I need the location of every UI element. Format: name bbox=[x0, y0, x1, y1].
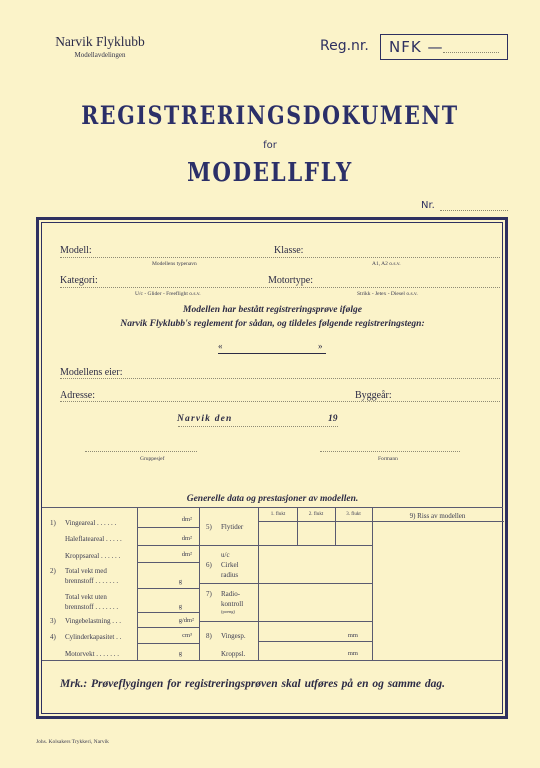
motortype-hint: Strikk - Jetex - Diesel o.s.v. bbox=[357, 291, 418, 297]
row-label-kontroll: kontroll bbox=[221, 600, 243, 608]
kategori-motortype-field[interactable] bbox=[60, 287, 500, 288]
row-label-uc: u/c bbox=[221, 551, 230, 559]
registration-mark-field[interactable] bbox=[218, 353, 326, 354]
gruppesjef-signature-field[interactable] bbox=[85, 451, 197, 452]
row-label-vingeareal: Vingeareal . . . . . . bbox=[65, 519, 116, 527]
kategori-label: Kategori: bbox=[60, 275, 98, 286]
row-label-haleflateareal: Haleflateareal . . . . . bbox=[65, 535, 122, 543]
quote-open: « bbox=[218, 341, 223, 351]
formann-signature-field[interactable] bbox=[320, 451, 460, 452]
row-label-vingespenn: Vingesp. bbox=[221, 632, 246, 640]
byggeaar-label: Byggeår: bbox=[355, 390, 392, 401]
grid-line bbox=[199, 507, 200, 661]
nr-field[interactable] bbox=[440, 210, 508, 211]
date-field[interactable] bbox=[178, 426, 338, 427]
vingespenn-input[interactable] bbox=[259, 622, 372, 641]
cirkel-radius-input[interactable] bbox=[259, 546, 372, 583]
row-num: 7) bbox=[206, 590, 212, 598]
regnr-field[interactable]: NFK — bbox=[380, 34, 508, 60]
vingeareal-input[interactable] bbox=[138, 508, 199, 527]
haleflateareal-input[interactable] bbox=[138, 528, 199, 545]
statement-line-1: Modellen har bestått registreringsprøve … bbox=[42, 305, 503, 315]
year-prefix: 19 bbox=[328, 414, 338, 424]
row-label-poeng: (poeng) bbox=[221, 609, 235, 614]
row-num: 8) bbox=[206, 632, 212, 640]
gruppesjef-label: Gruppesjef bbox=[140, 456, 164, 462]
motorvekt-input[interactable] bbox=[138, 644, 199, 661]
row-label-flytider: Flytider bbox=[221, 523, 243, 531]
quote-close: » bbox=[318, 341, 323, 351]
regnr-label: Reg.nr. bbox=[320, 38, 369, 54]
flight-header-1: 1. flukt bbox=[259, 512, 297, 517]
modell-hint: Modellens typenavn bbox=[152, 261, 197, 267]
row-label-radius: radius bbox=[221, 571, 238, 579]
total-vekt-uten-input[interactable] bbox=[138, 589, 199, 612]
row-num: 1) bbox=[50, 519, 56, 527]
row-label-total-vekt-med: Total vekt med bbox=[65, 567, 107, 575]
flight-header-3: 3. flukt bbox=[335, 512, 372, 517]
cylinderkapasitet-input[interactable] bbox=[138, 628, 199, 643]
regnr-prefix: NFK — bbox=[389, 38, 443, 56]
kategori-hint: U/c - Glider - Freeflight o.s.v. bbox=[135, 291, 201, 297]
club-header: Narvik Flyklubb Modellavdelingen bbox=[40, 34, 160, 59]
row-label-total-vekt-uten: Total vekt uten bbox=[65, 593, 107, 601]
flight-1-input[interactable] bbox=[259, 522, 297, 545]
title-for: for bbox=[0, 140, 540, 151]
row-num: 6) bbox=[206, 561, 212, 569]
kroppsareal-input[interactable] bbox=[138, 546, 199, 562]
eier-label: Modellens eier: bbox=[60, 367, 122, 378]
row-label-brennstoff: brennstoff . . . . . . . bbox=[65, 577, 118, 585]
formann-label: Formann bbox=[378, 456, 398, 462]
eier-field[interactable] bbox=[60, 378, 500, 379]
regnr-dotline bbox=[443, 52, 499, 53]
statement-line-2: Narvik Flyklubb's reglement for sådan, o… bbox=[42, 319, 503, 329]
document-subtitle: MODELLFLY bbox=[49, 158, 492, 188]
radiokontroll-input[interactable] bbox=[259, 584, 372, 621]
row-num: 5) bbox=[206, 523, 212, 531]
motortype-label: Motortype: bbox=[268, 275, 313, 286]
row-num: 3) bbox=[50, 617, 56, 625]
note: Mrk.: Prøveflygingen for registreringspr… bbox=[60, 678, 445, 690]
row-label-kroppsareal: Kroppsareal . . . . . . bbox=[65, 552, 120, 560]
document-title: REGISTRERINGSDOKUMENT bbox=[49, 101, 492, 130]
modell-klasse-field[interactable] bbox=[60, 257, 500, 258]
row-num: 4) bbox=[50, 633, 56, 641]
row-label-vingebelastning: Vingebelastning . . . bbox=[65, 617, 121, 625]
place-date-label: Narvik den bbox=[177, 414, 233, 424]
flight-header-2: 2. flukt bbox=[297, 512, 335, 517]
adresse-field[interactable] bbox=[60, 401, 500, 402]
flight-3-input[interactable] bbox=[336, 522, 372, 545]
row-label-brennstoff: brennstoff . . . . . . . bbox=[65, 603, 118, 611]
kroppslengde-input[interactable] bbox=[259, 642, 372, 661]
row-label-cylinderkapasitet: Cylinderkapasitet . . bbox=[65, 633, 121, 641]
adresse-label: Adresse: bbox=[60, 390, 95, 401]
club-department: Modellavdelingen bbox=[40, 51, 160, 59]
vingebelastning-input[interactable] bbox=[138, 613, 199, 627]
table-title: Generelle data og prestasjoner av modell… bbox=[42, 494, 503, 504]
row-label-cirkel: Cirkel bbox=[221, 561, 239, 569]
flight-2-input[interactable] bbox=[298, 522, 335, 545]
printer-imprint: Johs. Kolsakers Trykkeri, Narvik bbox=[36, 739, 109, 745]
riss-label: 9) Riss av modellen bbox=[372, 512, 503, 520]
club-name: Narvik Flyklubb bbox=[40, 34, 160, 50]
klasse-hint: A1, A2 o.s.v. bbox=[372, 261, 401, 267]
row-label-radio: Radio- bbox=[221, 590, 240, 598]
row-label-motorvekt: Motorvekt . . . . . . . bbox=[65, 650, 119, 658]
nr-label: Nr. bbox=[421, 200, 435, 211]
total-vekt-med-input[interactable] bbox=[138, 563, 199, 588]
riss-drawing-area[interactable] bbox=[373, 522, 503, 661]
klasse-label: Klasse: bbox=[274, 245, 303, 256]
row-num: 2) bbox=[50, 567, 56, 575]
row-label-kroppslengde: Kroppsl. bbox=[221, 650, 245, 658]
modell-label: Modell: bbox=[60, 245, 92, 256]
